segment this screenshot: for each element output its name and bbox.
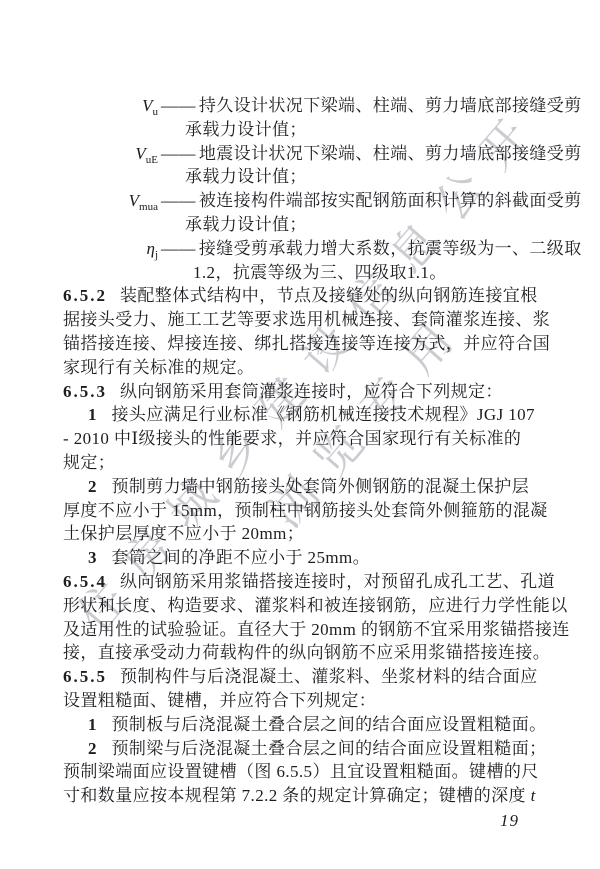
symbol-definition-vmua: Vmua —— 被连接构件端部按实配钢筋面积计算的斜截面受剪 [63,189,541,213]
definition-dash: —— [158,189,199,213]
definition-text-line: 地震设计状况下梁端、柱端、剪力墙底部接缝受剪 [199,142,582,166]
definition-text-line: 持久设计状况下梁端、柱端、剪力墙底部接缝受剪 [199,94,582,118]
clause-text-line: 预制板与后浇混凝土叠合层之间的结合面应设置粗糙面。 [112,715,547,734]
clause-text-line: 预制梁与后浇混凝土叠合层之间的结合面应设置粗糙面； [112,739,547,758]
subitem-2-line: 寸和数量应按本规程第 7.2.2 条的规定计算确定；键槽的深度 t [63,784,541,808]
clause-text-line: 纵向钢筋采用套筒灌浆连接时，应符合下列规定： [120,382,503,401]
clause-text-line: 寸和数量应按本规程第 7.2.2 条的规定计算确定；键槽的深度 [63,786,531,805]
clause-654-line: 及适用性的试验验证。直径大于 20mm 的钢筋不宜采用浆锚搭接连 [63,618,541,642]
subitem-number: 1 [88,405,99,424]
clause-text-line: 套筒之间的净距不应小于 25mm。 [112,548,371,567]
clause-653-line: 6.5.3纵向钢筋采用套筒灌浆连接时，应符合下列规定： [63,380,541,404]
subitem-1-line: 1接头应满足行业标准《钢筋机械连接技术规程》JGJ 107 [63,403,541,427]
clause-652-line: 6.5.2装配整体式结构中，节点及接缝处的纵向钢筋连接宜根 [63,284,541,308]
symbol-vue: VuE [63,142,158,166]
subitem-number: 2 [88,739,99,758]
clause-655-line: 6.5.5预制构件与后浇混凝土、灌浆料、坐浆材料的结合面应 [63,665,541,689]
clause-652-line: 锚搭接连接、焊接连接、绑扎搭接连接等连接方式，并应符合国 [63,332,541,356]
subitem-1-line: 规定； [63,451,541,475]
clause-654-line: 接，直接承受动力荷载构件的纵向钢筋不应采用浆锚搭接连接。 [63,641,541,665]
definition-text-line: 承载力设计值； [63,165,541,189]
clause-text-line: 装配整体式结构中，节点及接缝处的纵向钢筋连接宜根 [120,286,538,305]
definition-text-line: 接缝受剪承载力增大系数，抗震等级为一、二级取 [199,237,582,261]
clause-number: 6.5.4 [63,572,107,591]
subitem-2-line: 预制梁端面应设置键槽（图 6.5.5）且宜设置粗糙面。键槽的尺 [63,760,541,784]
clause-655-line: 设置粗糙面、键槽，并应符合下列规定： [63,689,541,713]
definition-dash: —— [158,142,199,166]
symbol-vmua: Vmua [63,189,158,213]
clause-number: 6.5.2 [63,286,107,305]
subitem-number: 1 [88,715,99,734]
subitem-2-line: 土保护层厚度不应小于 20mm； [63,522,541,546]
symbol-eta: ηj [63,237,158,261]
subitem-1-line: 1预制板与后浇混凝土叠合层之间的结合面应设置粗糙面。 [63,713,541,737]
subitem-2-line: 2预制梁与后浇混凝土叠合层之间的结合面应设置粗糙面； [63,737,541,761]
clause-652-line: 据接头受力、施工工艺等要求选用机械连接、套筒灌浆连接、浆 [63,308,541,332]
symbol-definition-vue: VuE —— 地震设计状况下梁端、柱端、剪力墙底部接缝受剪 [63,142,541,166]
clause-number: 6.5.3 [63,382,107,401]
clause-654-line: 形状和长度、构造要求、灌浆料和被连接钢筋，应进行力学性能以 [63,594,541,618]
clause-text-line: 接头应满足行业标准《钢筋机械连接技术规程》JGJ 107 [112,405,535,424]
page-number: 19 [500,811,519,831]
subitem-3-line: 3套筒之间的净距不应小于 25mm。 [63,546,541,570]
document-page: 住房城乡建设信息公开 浏览专用 Vu —— 持久设计状况下梁端、柱端、剪力墙底部… [0,0,600,869]
clause-text-line: 纵向钢筋采用浆锚搭接连接时，对预留孔成孔工艺、孔道 [120,572,555,591]
clause-text-line: 预制剪力墙中钢筋接头处套筒外侧钢筋的混凝土保护层 [112,477,530,496]
clause-number: 6.5.5 [63,667,107,686]
subitem-number: 3 [88,548,99,567]
definition-dash: —— [158,237,199,261]
clause-654-line: 6.5.4纵向钢筋采用浆锚搭接连接时，对预留孔成孔工艺、孔道 [63,570,541,594]
subitem-1-line: - 2010 中Ⅰ级接头的性能要求，并应符合国家现行有关标准的 [63,427,541,451]
definition-text-line: 承载力设计值； [63,118,541,142]
definition-dash: —— [158,94,199,118]
symbol-definition-eta: ηj —— 接缝受剪承载力增大系数，抗震等级为一、二级取 [63,237,541,261]
clause-652-line: 家现行有关标准的规定。 [63,356,541,380]
definition-text-line: 被连接构件端部按实配钢筋面积计算的斜截面受剪 [199,189,582,213]
symbol-vu: Vu [63,94,158,118]
subitem-2-line: 厚度不应小于 15mm，预制柱中钢筋接头处套筒外侧箍筋的混凝 [63,499,541,523]
math-symbol-t: t [531,786,536,805]
subitem-number: 2 [88,477,99,496]
definition-text-line: 1.2，抗震等级为三、四级取1.1。 [63,261,541,285]
body-text: Vu —— 持久设计状况下梁端、柱端、剪力墙底部接缝受剪 承载力设计值； VuE… [63,94,541,808]
clause-text-line: 预制构件与后浇混凝土、灌浆料、坐浆材料的结合面应 [120,667,538,686]
subitem-2-line: 2预制剪力墙中钢筋接头处套筒外侧钢筋的混凝土保护层 [63,475,541,499]
symbol-definition-vu: Vu —— 持久设计状况下梁端、柱端、剪力墙底部接缝受剪 [63,94,541,118]
definition-text-line: 承载力设计值； [63,213,541,237]
